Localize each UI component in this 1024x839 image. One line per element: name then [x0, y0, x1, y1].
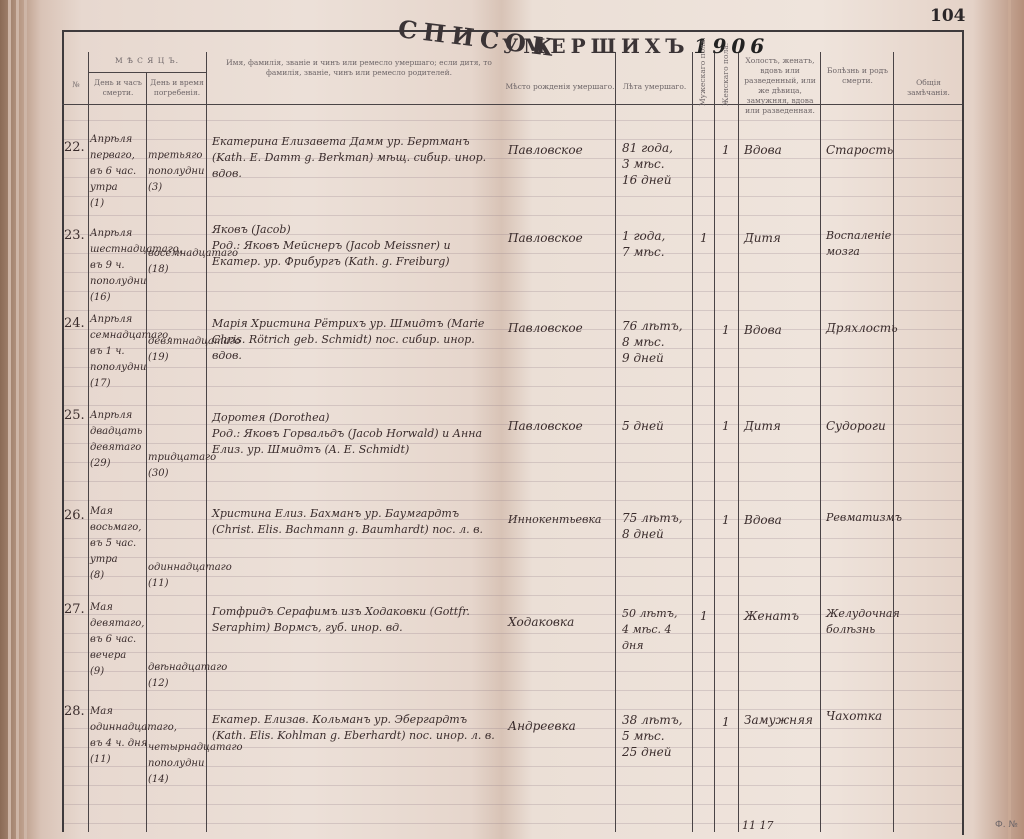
header-day-burial: День и время погребенія. — [148, 78, 206, 98]
entry-male: 1 — [700, 230, 708, 246]
page-edge — [8, 0, 11, 839]
entry-birthplace: Павловское — [508, 142, 613, 158]
header-day-death: День и часъ смерти. — [90, 78, 146, 98]
entry-female: 1 — [722, 512, 730, 528]
entry-birthplace: Иннокентьевка — [508, 512, 613, 528]
entry-age: 76 лѣтъ, 8 мѣс. 9 дней — [622, 318, 692, 366]
entry-name: Яковъ (Jacob) Род.: Яковъ Мейснеръ (Jaco… — [212, 222, 502, 270]
header-remarks: Общія замѣчанія. — [895, 78, 962, 98]
entry-name: Доротея (Dorothea) Род.: Яковъ Горвальдъ… — [212, 410, 502, 458]
entry-death-date: Апрѣля семнадцатаго, въ 1 ч. пополудни (… — [90, 312, 150, 392]
col-line — [88, 52, 89, 832]
entry-death-date: Апрѣля перваго, въ 6 час. утра (1) — [90, 132, 150, 212]
entry-female: 1 — [722, 322, 730, 338]
entry-female: 1 — [722, 714, 730, 730]
col-line — [692, 52, 693, 832]
entry-cause: Желудочная болѣзнь — [826, 606, 892, 638]
entry-age: 1 года, 7 мѣс. — [622, 228, 692, 260]
footer-totals: 11 17 — [742, 818, 774, 834]
entry-age: 75 лѣтъ, 8 дней — [622, 510, 692, 542]
header-marital: Холостъ, женатъ, вдовъ или разведенный, … — [740, 56, 820, 116]
header-female: Женскаго пола. — [721, 56, 731, 106]
entry-cause: Ревматизмъ — [826, 510, 892, 526]
col-line — [893, 52, 894, 832]
entry-name: Екатер. Елизав. Кольманъ ур. Эбергардтъ … — [212, 712, 502, 744]
title-right-text: УМЕРШИХЪ — [502, 34, 690, 58]
entry-marital: Вдова — [744, 512, 820, 528]
entry-burial-date: восемнадцатаго (18) — [148, 246, 206, 278]
col-line — [206, 52, 207, 832]
entry-number: 27. — [64, 602, 85, 618]
page-number: 104 — [930, 6, 966, 26]
entry-marital: Дитя — [744, 418, 820, 434]
entry-number: 22. — [64, 140, 85, 156]
header-age: Лѣта умершаго. — [617, 82, 692, 92]
entry-marital: Замужняя — [744, 712, 820, 728]
entry-marital: Женатъ — [744, 608, 820, 624]
entry-female: 1 — [722, 418, 730, 434]
header-number: № — [64, 80, 88, 90]
footer-mark: Ф. № — [995, 820, 1018, 830]
entry-death-date: Мая восьмаго, въ 5 час. утра (8) — [90, 504, 150, 584]
entry-male: 1 — [700, 608, 708, 624]
entry-name: Екатерина Елизавета Дамм ур. Бертманъ (K… — [212, 134, 502, 182]
entry-female: 1 — [722, 142, 730, 158]
header-birthplace: Мѣсто рожденія умершаго. — [505, 82, 615, 92]
entry-birthplace: Павловское — [508, 230, 613, 246]
entry-birthplace: Андреевка — [508, 718, 613, 734]
entry-marital: Вдова — [744, 142, 820, 158]
entry-age: 81 года, 3 мѣс. 16 дней — [622, 140, 692, 188]
header-male: Мужескаго пола. — [698, 56, 708, 106]
entry-cause: Дряхлость — [826, 320, 892, 336]
col-line — [615, 52, 616, 832]
header-name: Имя, фамилія, званіе и чинъ или ремесло … — [214, 58, 504, 78]
entry-birthplace: Павловское — [508, 320, 613, 336]
entry-number: 23. — [64, 228, 85, 244]
header-cause: Болѣзнь и родъ смерти. — [822, 66, 893, 86]
col-line — [820, 52, 821, 832]
entry-name: Христина Елиз. Бахманъ ур. Баумгардтъ (C… — [212, 506, 502, 538]
register-book-photo: СПИСОК УМЕРШИХЪ1906 104 № М Ѣ С Я Ц Ъ. Д… — [0, 0, 1024, 839]
col-line — [714, 52, 715, 832]
page-edge — [24, 0, 27, 839]
entry-burial-date: третьяго пополудни (3) — [148, 148, 206, 196]
page-edge — [1008, 0, 1011, 839]
entry-number: 24. — [64, 316, 85, 332]
entry-death-date: Апрѣля двадцать девятаго (29) — [90, 408, 150, 472]
entry-birthplace: Ходаковка — [508, 614, 613, 630]
entry-marital: Вдова — [744, 322, 820, 338]
entry-death-date: Мая одиннадцатаго, въ 4 ч. дня (11) — [90, 704, 150, 768]
frame-right — [962, 30, 964, 835]
entry-number: 25. — [64, 408, 85, 424]
entry-marital: Дитя — [744, 230, 820, 246]
entry-age: 38 лѣтъ, 5 мѣс. 25 дней — [622, 712, 692, 760]
entry-name: Марія Христина Рётрихъ ур. Шмидтъ (Marie… — [212, 316, 502, 364]
page-edge — [16, 0, 19, 839]
entry-age: 50 лѣтъ, 4 мѣс. 4 дня — [622, 606, 692, 654]
entry-age: 5 дней — [622, 418, 692, 434]
entry-death-date: Апрѣля шестнадцатаго, въ 9 ч. пополудни … — [90, 226, 150, 306]
col-line — [738, 52, 739, 832]
entry-burial-date: одиннадцатаго (11) — [148, 560, 206, 592]
entry-cause: Судороги — [826, 418, 892, 434]
entry-birthplace: Павловское — [508, 418, 613, 434]
entry-burial-date: девятнадцатаго (19) — [148, 334, 206, 366]
entry-number: 28. — [64, 704, 85, 720]
header-month: М Ѣ С Я Ц Ъ. — [88, 56, 206, 66]
month-divider — [88, 72, 206, 73]
entry-name: Готфридъ Серафимъ изъ Ходаковки (Gottfr.… — [212, 604, 502, 636]
entry-burial-date: четырнадцатаго пополудни (14) — [148, 740, 206, 788]
entry-burial-date: тридцатаго (30) — [148, 450, 206, 482]
entry-cause: Старость — [826, 142, 892, 158]
entry-burial-date: двѣнадцатаго (12) — [148, 660, 206, 692]
header-divider — [62, 104, 962, 105]
entry-cause: Чахотка — [826, 708, 892, 724]
entry-death-date: Мая девятаго, въ 6 час. вечера (9) — [90, 600, 150, 680]
entry-number: 26. — [64, 508, 85, 524]
entry-cause: Воспаленіе мозга — [826, 228, 892, 260]
